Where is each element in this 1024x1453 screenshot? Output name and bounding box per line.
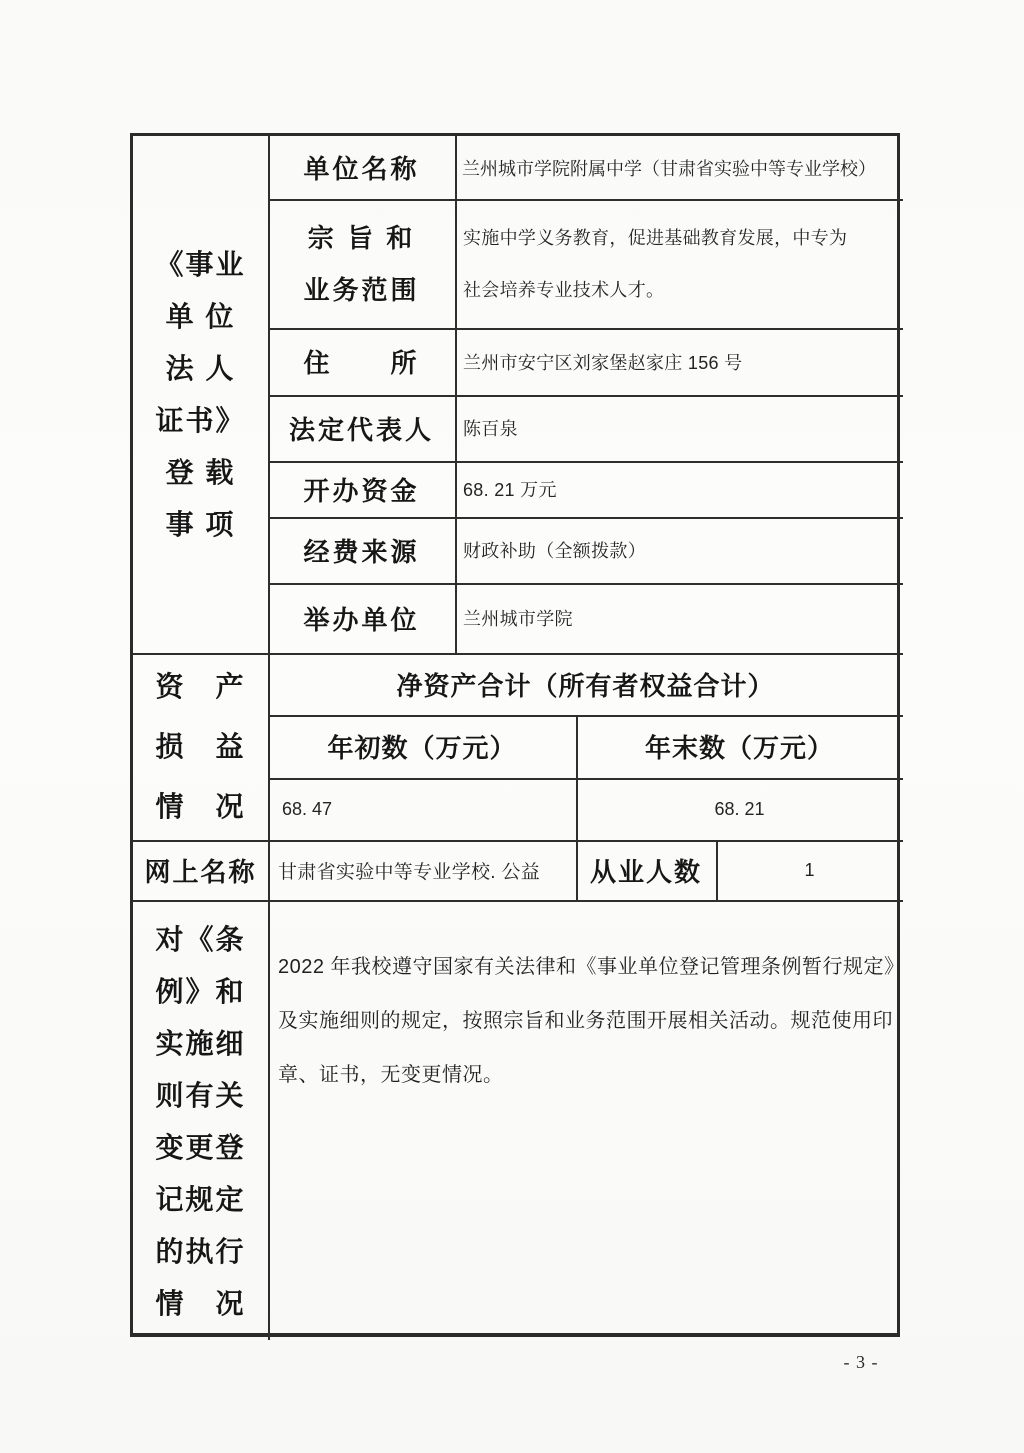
year-end-value-cell: 68. 21 (576, 778, 903, 840)
scanned-annual-report-page: 《事业 单 位 法 人 证书》 登 载 事 项 单位名称 兰州城市学院附属中学（… (0, 0, 1024, 1453)
unit-name-label-cell: 单位名称 (268, 136, 455, 199)
capital-value-cell: 68. 21 万元 (455, 461, 903, 517)
online-name-label-cell: 网上名称 (133, 840, 268, 900)
purpose-label-line: 宗 旨 和 (308, 212, 415, 264)
sponsor-label-cell: 举办单位 (268, 583, 455, 653)
legal-rep-label: 法定代表人 (289, 410, 434, 447)
certificate-header-line: 事 项 (166, 499, 236, 551)
unit-name-label: 单位名称 (303, 149, 419, 186)
address-label-cell: 住 所 (268, 328, 455, 395)
compliance-header-line: 的执行 (155, 1226, 245, 1278)
staff-count-label-cell: 从业人数 (576, 840, 716, 900)
unit-name-value: 兰州城市学院附属中学（甘肃省实验中等专业学校） (462, 155, 876, 181)
compliance-section-header: 对《条 例》和 实施细 则有关 变更登 记规定 的执行 情 况 (133, 900, 268, 1340)
capital-label: 开办资金 (303, 471, 419, 508)
funding-label-cell: 经费来源 (268, 517, 455, 583)
assets-header-line: 情 况 (155, 777, 245, 837)
legal-rep-label-cell: 法定代表人 (268, 395, 455, 461)
assets-header-line: 资 产 (155, 657, 245, 717)
year-start-value: 68. 47 (282, 799, 332, 820)
sponsor-value-cell: 兰州城市学院 (455, 583, 903, 653)
page-number: - 3 - (816, 1352, 906, 1373)
online-name-value-cell: 甘肃省实验中等专业学校. 公益 (268, 840, 576, 900)
compliance-header-line: 情 况 (155, 1278, 245, 1330)
compliance-report-line: 及实施细则的规定，按照宗旨和业务范围开展相关活动。规范使用印 (278, 994, 899, 1048)
year-end-header: 年末数（万元） (645, 728, 834, 765)
sponsor-value: 兰州城市学院 (463, 605, 573, 631)
certificate-header-line: 法 人 (166, 343, 236, 395)
certificate-header-line: 单 位 (166, 291, 236, 343)
address-value: 兰州市安宁区刘家堡赵家庄 156 号 (463, 349, 742, 375)
capital-label-cell: 开办资金 (268, 461, 455, 517)
year-start-header-cell: 年初数（万元） (268, 715, 576, 778)
address-value-cell: 兰州市安宁区刘家堡赵家庄 156 号 (455, 328, 903, 395)
purpose-value-line: 社会培养专业技术人才。 (463, 264, 903, 316)
purpose-value-cell: 实施中学义务教育，促进基础教育发展，中专为 社会培养专业技术人才。 (455, 199, 903, 328)
compliance-report-line: 章、证书，无变更情况。 (278, 1048, 899, 1102)
purpose-label-cell: 宗 旨 和 业务范围 (268, 199, 455, 328)
funding-label: 经费来源 (303, 532, 419, 569)
online-name-label: 网上名称 (144, 852, 256, 889)
sponsor-label: 举办单位 (303, 600, 419, 637)
compliance-header-line: 记规定 (155, 1174, 245, 1226)
address-label: 住 所 (303, 343, 419, 380)
year-start-header: 年初数（万元） (327, 728, 516, 765)
legal-rep-value: 陈百泉 (463, 415, 518, 441)
compliance-header-line: 实施细 (155, 1018, 245, 1070)
certificate-header-line: 登 载 (166, 447, 236, 499)
compliance-report-cell: 2022 年我校遵守国家有关法律和《事业单位登记管理条例暂行规定》 及实施细则的… (268, 900, 903, 1340)
purpose-value-line: 实施中学义务教育，促进基础教育发展，中专为 (463, 212, 903, 264)
staff-count-label: 从业人数 (590, 852, 702, 889)
annual-report-table: 《事业 单 位 法 人 证书》 登 载 事 项 单位名称 兰州城市学院附属中学（… (130, 133, 900, 1337)
year-start-value-cell: 68. 47 (268, 778, 576, 840)
certificate-section-header: 《事业 单 位 法 人 证书》 登 载 事 项 (133, 136, 268, 653)
net-assets-title-cell: 净资产合计（所有者权益合计） (268, 653, 903, 715)
compliance-header-line: 变更登 (155, 1122, 245, 1174)
staff-count-value: 1 (804, 860, 814, 881)
compliance-header-line: 则有关 (155, 1070, 245, 1122)
funding-value-cell: 财政补助（全额拨款） (455, 517, 903, 583)
certificate-header-line: 证书》 (155, 395, 245, 447)
year-end-header-cell: 年末数（万元） (576, 715, 903, 778)
capital-value: 68. 21 万元 (463, 476, 557, 502)
certificate-header-line: 《事业 (155, 239, 245, 291)
assets-section-header: 资 产 损 益 情 况 (133, 653, 268, 840)
unit-name-value-cell: 兰州城市学院附属中学（甘肃省实验中等专业学校） (455, 136, 903, 199)
staff-count-value-cell: 1 (716, 840, 903, 900)
compliance-report-line: 2022 年我校遵守国家有关法律和《事业单位登记管理条例暂行规定》 (278, 940, 899, 994)
funding-value: 财政补助（全额拨款） (463, 537, 646, 563)
purpose-label-line: 业务范围 (303, 264, 419, 316)
net-assets-title: 净资产合计（所有者权益合计） (396, 666, 774, 703)
online-name-value: 甘肃省实验中等专业学校. 公益 (278, 857, 540, 884)
legal-rep-value-cell: 陈百泉 (455, 395, 903, 461)
compliance-header-line: 例》和 (155, 966, 245, 1018)
year-end-value: 68. 21 (714, 799, 764, 820)
compliance-header-line: 对《条 (155, 914, 245, 966)
assets-header-line: 损 益 (155, 717, 245, 777)
